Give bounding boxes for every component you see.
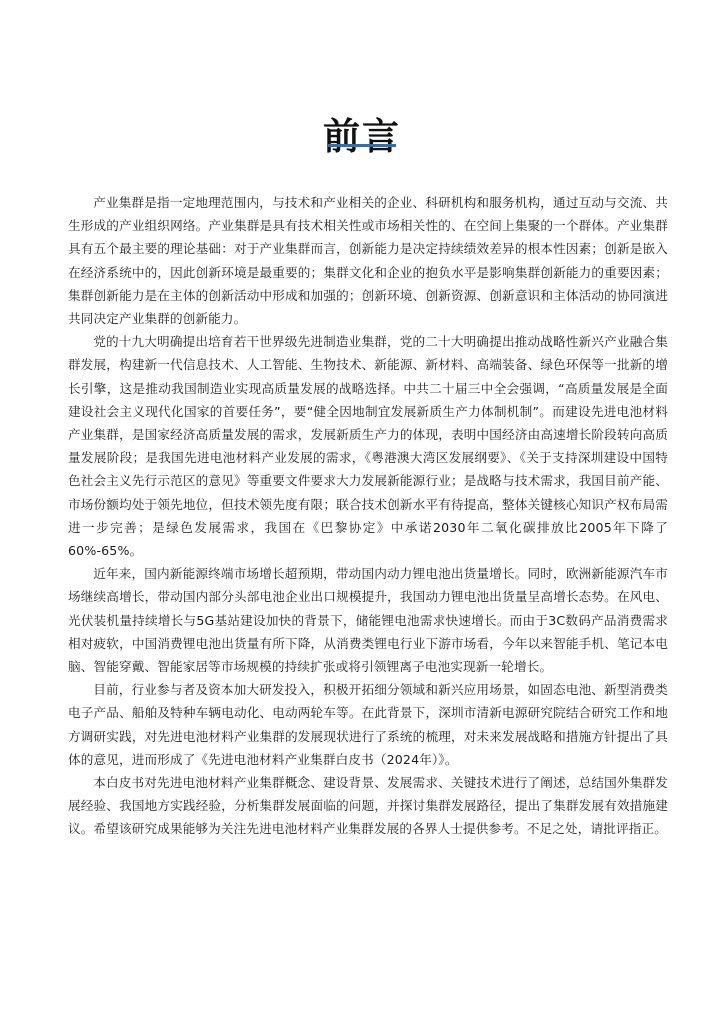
paragraph-market-trends: 近年来，国内新能源终端市场增长超预期，带动国内动力锂电池出货量增长。同时，欧洲新… — [68, 562, 668, 678]
page-title: 前言 — [0, 113, 724, 161]
paragraph-industrial-cluster-definition: 产业集群是指一定地理范围内，与技术和产业相关的企业、科研机构和服务机构，通过互动… — [68, 191, 668, 330]
document-page: 前言 产业集群是指一定地理范围内，与技术和产业相关的企业、科研机构和服务机构，通… — [0, 0, 724, 1024]
paragraph-whitepaper-summary: 本白皮书对先进电池材料产业集群概念、建设背景、发展需求、关键技术进行了阐述，总结… — [68, 771, 668, 841]
paragraph-policy-background: 党的十九大明确提出培育若干世界级先进制造业集群，党的二十大明确提出推动战略性新兴… — [68, 330, 668, 562]
preface-body: 产业集群是指一定地理范围内，与技术和产业相关的企业、科研机构和服务机构，通过互动… — [68, 191, 668, 841]
title-underline-divider — [328, 144, 396, 147]
paragraph-research-context: 目前，行业参与者及资本加大研发投入，积极开拓细分领域和新兴应用场景，如固态电池、… — [68, 678, 668, 771]
